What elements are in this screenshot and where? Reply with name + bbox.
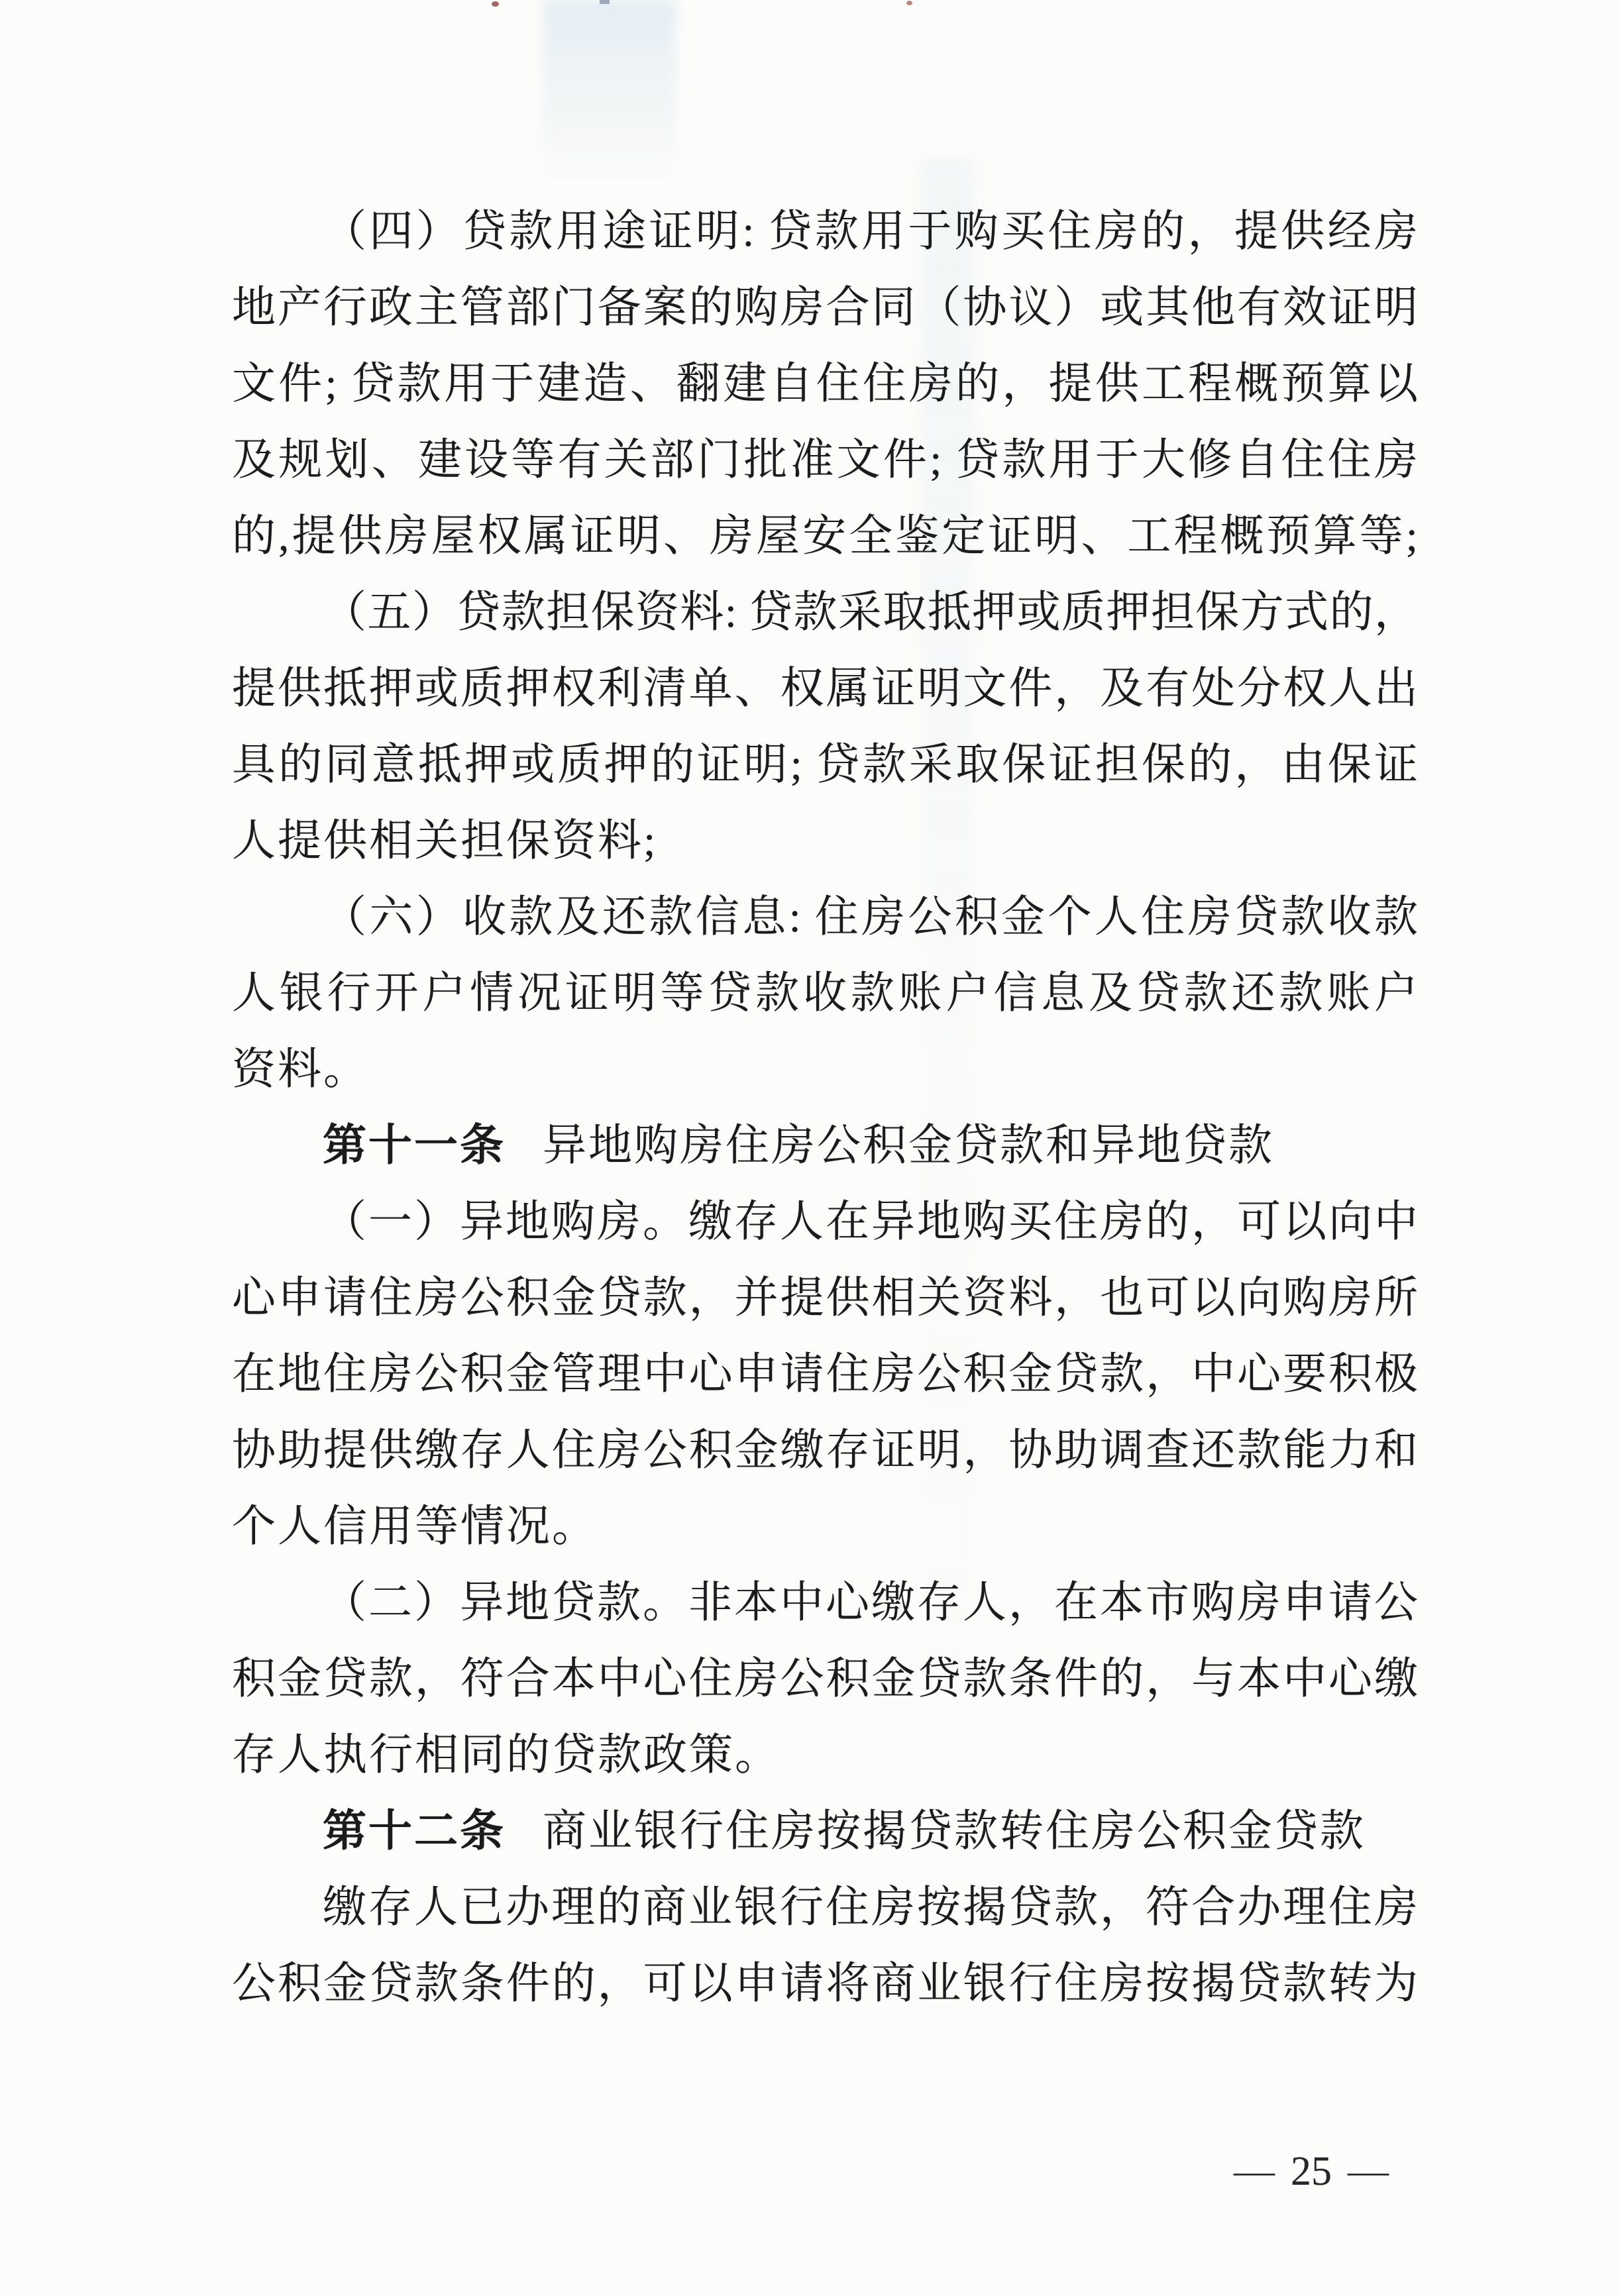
text-line: 地产行政主管部门备案的购房合同（协议）或其他有效证明 xyxy=(232,270,1418,346)
article-number: 第十二条 xyxy=(323,1807,506,1855)
text-line: 的,提供房屋权属证明、房屋安全鉴定证明、工程概预算等; xyxy=(232,498,1418,574)
text-line: （二）异地贷款。非本中心缴存人，在本市购房申请公 xyxy=(232,1565,1418,1641)
text-line: 文件; 贷款用于建造、翻建自住住房的，提供工程概预算以 xyxy=(232,346,1418,422)
text-line: 心申请住房公积金贷款，并提供相关资料，也可以向购房所 xyxy=(232,1260,1418,1336)
text-line: 及规划、建设等有关部门批准文件; 贷款用于大修自住住房 xyxy=(232,422,1418,498)
text-line: 人提供相关担保资料; xyxy=(232,803,1418,879)
article-title: 商业银行住房按揭贷款转住房公积金贷款 xyxy=(543,1807,1366,1855)
text-line: 积金贷款，符合本中心住房公积金贷款条件的，与本中心缴 xyxy=(232,1641,1418,1717)
text-line: 资料。 xyxy=(232,1031,1418,1108)
scan-streak-artifact xyxy=(543,0,676,219)
text-line: 提供抵押或质押权利清单、权属证明文件，及有处分权人出 xyxy=(232,651,1418,727)
text-line: 在地住房公积金管理中心申请住房公积金贷款，中心要积极 xyxy=(232,1336,1418,1412)
text-line: 公积金贷款条件的，可以申请将商业银行住房按揭贷款转为 xyxy=(232,1946,1418,2022)
article-heading: 第十二条商业银行住房按揭贷款转住房公积金贷款 xyxy=(232,1793,1418,1869)
text-line: 人银行开户情况证明等贷款收款账户信息及贷款还款账户 xyxy=(232,955,1418,1031)
text-line: （六）收款及还款信息: 住房公积金个人住房贷款收款 xyxy=(232,879,1418,955)
page-footer: — 25 — xyxy=(1234,2145,1389,2198)
document-body: （四）贷款用途证明: 贷款用于购买住房的，提供经房地产行政主管部门备案的购房合同… xyxy=(232,193,1418,2022)
scan-speck-artifact xyxy=(600,0,610,4)
article-title: 异地购房住房公积金贷款和异地贷款 xyxy=(543,1122,1274,1170)
footer-dash-left: — xyxy=(1234,2152,1275,2191)
scan-speck-artifact xyxy=(492,1,499,7)
text-line: 缴存人已办理的商业银行住房按揭贷款，符合办理住房 xyxy=(232,1869,1418,1946)
text-line: 个人信用等情况。 xyxy=(232,1488,1418,1565)
article-heading: 第十一条异地购房住房公积金贷款和异地贷款 xyxy=(232,1108,1418,1184)
text-line: 具的同意抵押或质押的证明; 贷款采取保证担保的，由保证 xyxy=(232,727,1418,803)
document-page: （四）贷款用途证明: 贷款用于购买住房的，提供经房地产行政主管部门备案的购房合同… xyxy=(0,0,1620,2296)
text-line: （五）贷款担保资料: 贷款采取抵押或质押担保方式的， xyxy=(232,574,1418,651)
scan-speck-artifact xyxy=(906,1,912,5)
text-line: （一）异地购房。缴存人在异地购买住房的，可以向中 xyxy=(232,1184,1418,1260)
text-line: 存人执行相同的贷款政策。 xyxy=(232,1717,1418,1793)
page-number: 25 xyxy=(1291,2148,1332,2195)
footer-dash-right: — xyxy=(1348,2152,1389,2191)
text-line: （四）贷款用途证明: 贷款用于购买住房的，提供经房 xyxy=(232,193,1418,270)
article-number: 第十一条 xyxy=(323,1122,506,1170)
text-line: 协助提供缴存人住房公积金缴存证明，协助调查还款能力和 xyxy=(232,1412,1418,1488)
